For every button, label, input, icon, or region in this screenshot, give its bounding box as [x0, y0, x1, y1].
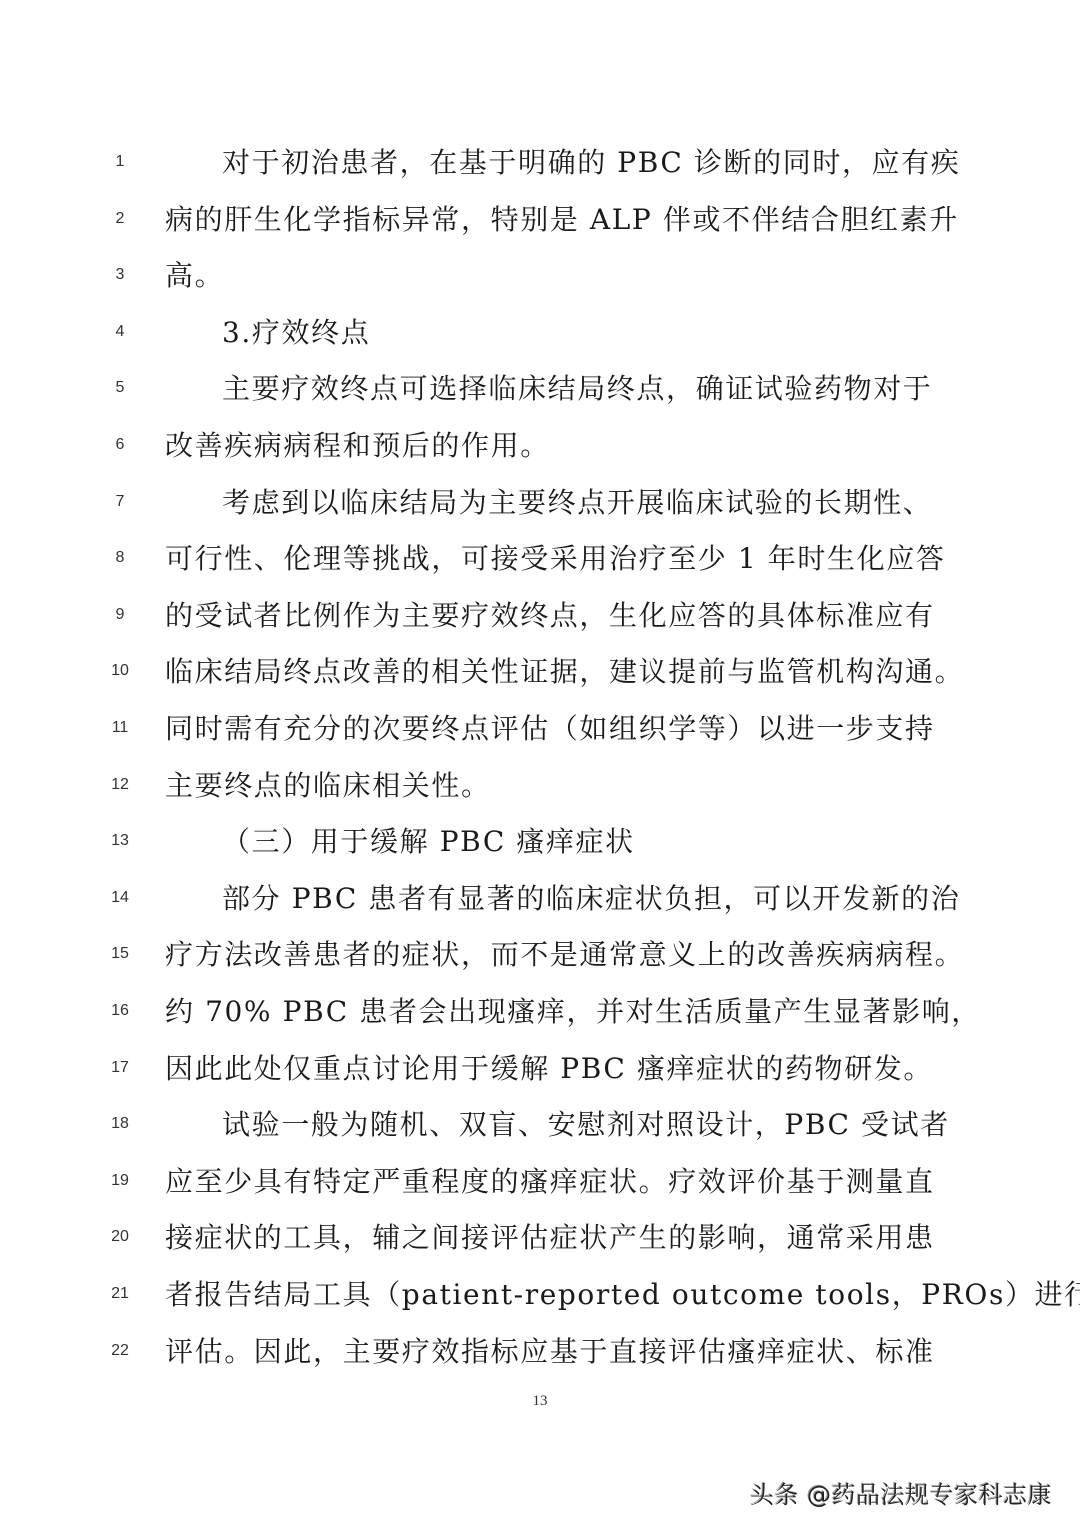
line-text: 对于初治患者，在基于明确的 PBC 诊断的同时，应有疾: [222, 143, 922, 183]
page-number: 13: [520, 1393, 560, 1410]
document-line: 9的受试者比例作为主要疗效终点，生化应答的具体标准应有: [0, 596, 1080, 636]
document-line: 8可行性、伦理等挑战，可接受采用治疗至少 1 年时生化应答: [0, 539, 1080, 579]
document-line: 11同时需有充分的次要终点评估（如组织学等）以进一步支持: [0, 709, 1080, 749]
document-line: 43.疗效终点: [0, 313, 1080, 353]
document-line: 18试验一般为随机、双盲、安慰剂对照设计，PBC 受试者: [0, 1105, 1080, 1145]
line-text: （三）用于缓解 PBC 瘙痒症状: [222, 822, 922, 862]
line-number: 20: [100, 1228, 140, 1246]
document-line: 22评估。因此，主要疗效指标应基于直接评估瘙痒症状、标准: [0, 1332, 1080, 1372]
line-number: 16: [100, 1002, 140, 1020]
line-number: 5: [100, 379, 140, 397]
line-number: 4: [100, 323, 140, 341]
line-text: 约 70% PBC 患者会出现瘙痒，并对生活质量产生显著影响，: [165, 992, 925, 1032]
line-text: 接症状的工具，辅之间接评估症状产生的影响，通常采用患: [165, 1218, 925, 1258]
line-text: 病的肝生化学指标异常，特别是 ALP 伴或不伴结合胆红素升: [165, 200, 925, 240]
line-text: 同时需有充分的次要终点评估（如组织学等）以进一步支持: [165, 709, 925, 749]
line-number: 9: [100, 606, 140, 624]
line-text: 部分 PBC 患者有显著的临床症状负担，可以开发新的治: [222, 879, 922, 919]
line-number: 1: [100, 153, 140, 171]
document-line: 17因此此处仅重点讨论用于缓解 PBC 瘙痒症状的药物研发。: [0, 1049, 1080, 1089]
line-text: 的受试者比例作为主要疗效终点，生化应答的具体标准应有: [165, 596, 925, 636]
line-number: 3: [100, 266, 140, 284]
line-number: 15: [100, 945, 140, 963]
line-text: 临床结局终点改善的相关性证据，建议提前与监管机构沟通。: [165, 652, 925, 692]
line-text: 高。: [165, 256, 925, 296]
line-number: 13: [100, 832, 140, 850]
document-line: 7考虑到以临床结局为主要终点开展临床试验的长期性、: [0, 483, 1080, 523]
line-number: 6: [100, 436, 140, 454]
line-text: 疗方法改善患者的症状，而不是通常意义上的改善疾病病程。: [165, 935, 925, 975]
document-line: 13（三）用于缓解 PBC 瘙痒症状: [0, 822, 1080, 862]
line-number: 18: [100, 1115, 140, 1133]
line-number: 2: [100, 210, 140, 228]
line-text: 主要终点的临床相关性。: [165, 766, 925, 806]
line-text: 评估。因此，主要疗效指标应基于直接评估瘙痒症状、标准: [165, 1332, 925, 1372]
document-line: 2病的肝生化学指标异常，特别是 ALP 伴或不伴结合胆红素升: [0, 200, 1080, 240]
document-line: 14部分 PBC 患者有显著的临床症状负担，可以开发新的治: [0, 879, 1080, 919]
document-line: 3高。: [0, 256, 1080, 296]
line-number: 12: [100, 776, 140, 794]
document-line: 19应至少具有特定严重程度的瘙痒症状。疗效评价基于测量直: [0, 1162, 1080, 1202]
watermark: 头条 @药品法规专家科志康: [750, 1475, 1052, 1510]
line-number: 19: [100, 1172, 140, 1190]
line-text: 试验一般为随机、双盲、安慰剂对照设计，PBC 受试者: [222, 1105, 922, 1145]
line-number: 8: [100, 549, 140, 567]
document-line: 5主要疗效终点可选择临床结局终点，确证试验药物对于: [0, 369, 1080, 409]
document-page: 1对于初治患者，在基于明确的 PBC 诊断的同时，应有疾2病的肝生化学指标异常，…: [0, 0, 1080, 1527]
line-number: 17: [100, 1059, 140, 1077]
document-line: 10临床结局终点改善的相关性证据，建议提前与监管机构沟通。: [0, 652, 1080, 692]
line-text: 应至少具有特定严重程度的瘙痒症状。疗效评价基于测量直: [165, 1162, 925, 1202]
line-text: 考虑到以临床结局为主要终点开展临床试验的长期性、: [222, 483, 922, 523]
document-line: 16约 70% PBC 患者会出现瘙痒，并对生活质量产生显著影响，: [0, 992, 1080, 1032]
line-number: 7: [100, 493, 140, 511]
line-number: 14: [100, 889, 140, 907]
line-number: 21: [100, 1285, 140, 1303]
document-line: 20接症状的工具，辅之间接评估症状产生的影响，通常采用患: [0, 1218, 1080, 1258]
line-text: 改善疾病病程和预后的作用。: [165, 426, 925, 466]
document-line: 12主要终点的临床相关性。: [0, 766, 1080, 806]
line-text: 可行性、伦理等挑战，可接受采用治疗至少 1 年时生化应答: [165, 539, 925, 579]
line-text: 3.疗效终点: [222, 313, 922, 353]
line-number: 22: [100, 1342, 140, 1360]
document-line: 1对于初治患者，在基于明确的 PBC 诊断的同时，应有疾: [0, 143, 1080, 183]
line-text: 因此此处仅重点讨论用于缓解 PBC 瘙痒症状的药物研发。: [165, 1049, 925, 1089]
line-text: 主要疗效终点可选择临床结局终点，确证试验药物对于: [222, 369, 922, 409]
document-line: 15疗方法改善患者的症状，而不是通常意义上的改善疾病病程。: [0, 935, 1080, 975]
line-number: 11: [100, 719, 140, 737]
document-line: 21者报告结局工具（patient-reported outcome tools…: [0, 1275, 1080, 1315]
document-line: 6改善疾病病程和预后的作用。: [0, 426, 1080, 466]
line-number: 10: [100, 662, 140, 680]
line-text: 者报告结局工具（patient-reported outcome tools，P…: [165, 1275, 925, 1315]
